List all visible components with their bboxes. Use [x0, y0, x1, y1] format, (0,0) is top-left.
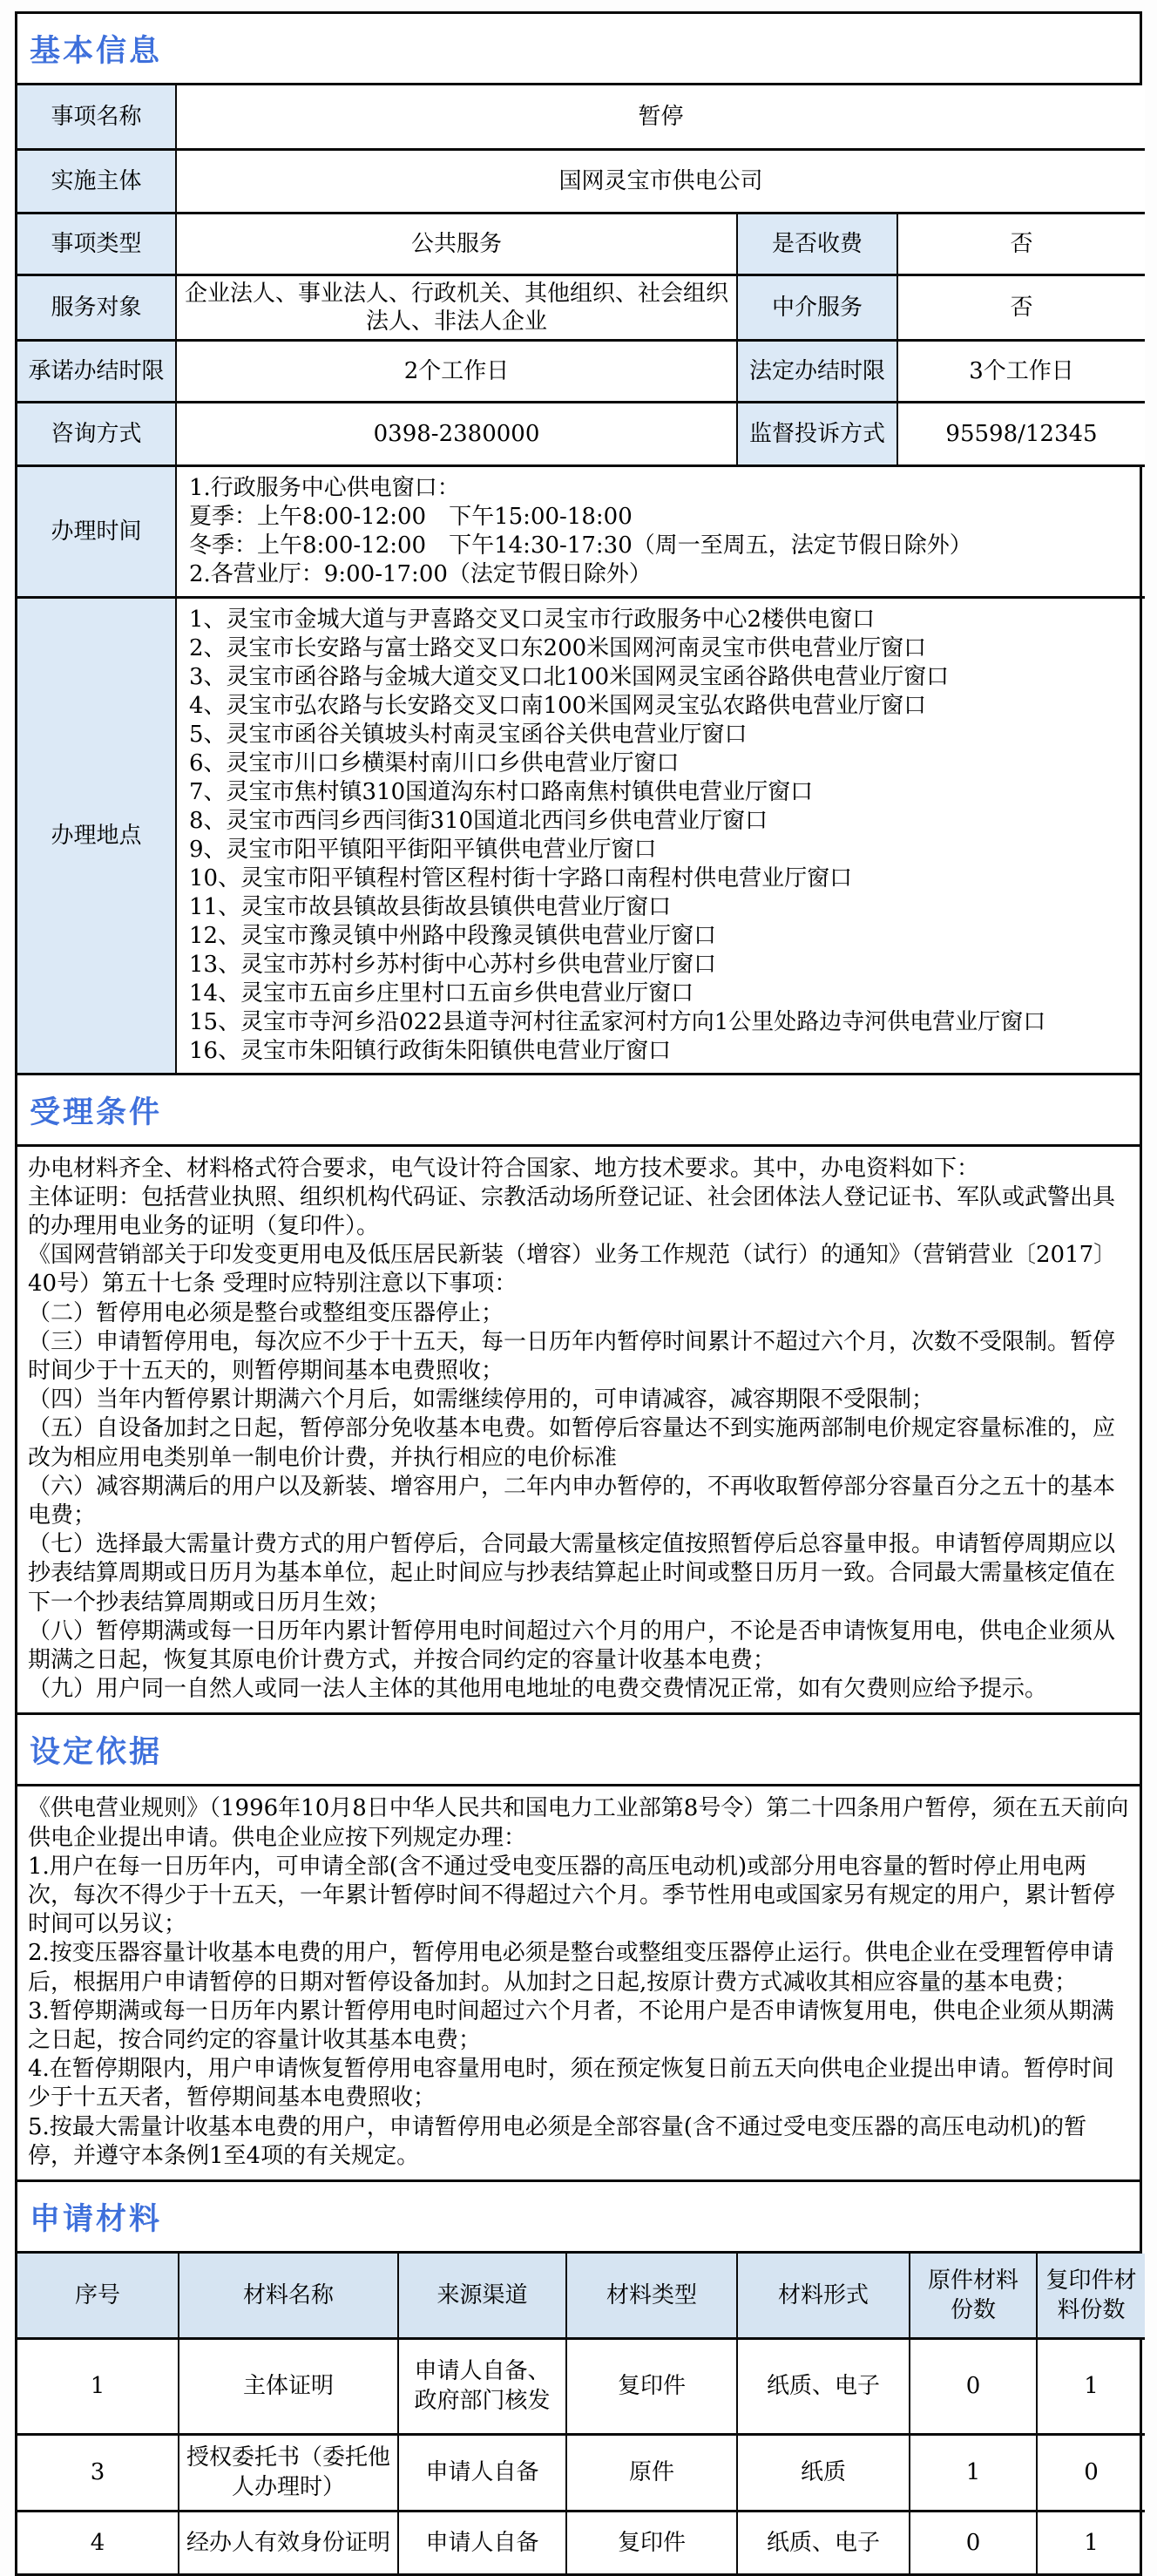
- field-label-item-type: 事项类型: [17, 213, 176, 275]
- text-line: 12、灵宝市豫灵镇中州路中段豫灵镇供电营业厅窗口: [189, 922, 1133, 951]
- text-line: （九）用户同一自然人或同一法人主体的其他用电地址的电费交费情况正常，如有欠费则应…: [28, 1675, 1129, 1704]
- text-line: （四）当年内暂停累计期满六个月后，如需继续停用的，可申请减容，减容期限不受限制；: [28, 1386, 1129, 1414]
- text-line: 3、灵宝市函谷路与金城大道交叉口北100米国网灵宝函谷路供电营业厅窗口: [189, 663, 1133, 692]
- column-header-material-name: 材料名称: [179, 2254, 398, 2338]
- table-row: 办理地点 1、灵宝市金城大道与尹喜路交叉口灵宝市行政服务中心2楼供电窗口2、灵宝…: [17, 597, 1145, 1073]
- table-row: 承诺办结时限 2个工作日 法定办结时限 3个工作日: [17, 340, 1145, 402]
- field-value-implementing-body: 国网灵宝市供电公司: [176, 149, 1145, 213]
- text-line: 16、灵宝市朱阳镇行政街朱阳镇供电营业厅窗口: [189, 1037, 1133, 1066]
- text-line: 6、灵宝市川口乡横渠村南川口乡供电营业厅窗口: [189, 749, 1133, 778]
- cell-material-form: 纸质、电子: [737, 2338, 910, 2434]
- field-label-consultation-phone: 咨询方式: [17, 402, 176, 465]
- text-line: 7、灵宝市焦村镇310国道沟东村口路南焦村镇供电营业厅窗口: [189, 778, 1133, 807]
- text-line: 《国网营销部关于印发变更用电及低压居民新装（增容）业务工作规范（试行）的通知》（…: [28, 1241, 1129, 1298]
- text-line: 4.在暂停期限内，用户申请恢复暂停用电容量用电时，须在预定恢复日前五天向供电企业…: [28, 2055, 1129, 2112]
- service-item-document: 基本信息 事项名称 暂停 实施主体 国网灵宝市供电公司 事项类型 公共服务 是否…: [15, 11, 1142, 2498]
- text-line: 2、灵宝市长安路与富士路交叉口东200米国网河南灵宝市供电营业厅窗口: [189, 634, 1133, 663]
- section-title-basic-info: 基本信息: [17, 14, 1140, 85]
- text-line: 14、灵宝市五亩乡庄里村口五亩乡供电营业厅窗口: [189, 980, 1133, 1008]
- cell-original-copies: 0: [910, 2338, 1037, 2434]
- field-value-intermediary-service: 否: [897, 275, 1145, 340]
- cell-seq: 1: [17, 2338, 179, 2434]
- field-label-is-charged: 是否收费: [737, 213, 897, 275]
- cell-material-form: 纸质: [737, 2434, 910, 2498]
- text-line: （五）自设备加封之日起，暂停部分免收基本电费。如暂停后容量达不到实施两部制电价规…: [28, 1414, 1129, 1472]
- basic-info-table: 事项名称 暂停 实施主体 国网灵宝市供电公司 事项类型 公共服务 是否收费 否 …: [17, 85, 1145, 1073]
- text-line: （二）暂停用电必须是整台或整组变压器停止；: [28, 1299, 1129, 1328]
- field-value-consultation-phone: 0398-2380000: [176, 402, 737, 465]
- table-row: 咨询方式 0398-2380000 监督投诉方式 95598/12345: [17, 402, 1145, 465]
- text-line: 夏季：上午8:00-12:00 下午15:00-18:00: [189, 503, 1133, 532]
- text-line: （八）暂停期满或每一日历年内累计暂停用电时间超过六个月的用户，不论是否申请恢复用…: [28, 1617, 1129, 1675]
- section-title-application-materials: 申请材料: [17, 2179, 1140, 2254]
- cell-material-name: 主体证明: [179, 2338, 398, 2434]
- field-value-promised-deadline: 2个工作日: [176, 340, 737, 402]
- field-label-implementing-body: 实施主体: [17, 149, 176, 213]
- application-materials-table: 序号 材料名称 来源渠道 材料类型 材料形式 原件材料份数 复印件材料份数 1 …: [17, 2254, 1145, 2498]
- cell-material-name: 授权委托书（委托他人办理时）: [179, 2434, 398, 2498]
- text-line: 2.各营业厅：9:00-17:00（法定节假日除外）: [189, 560, 1133, 589]
- text-line: 10、灵宝市阳平镇程村管区程村街十字路口南程村供电营业厅窗口: [189, 864, 1133, 893]
- section-title-acceptance-conditions: 受理条件: [17, 1073, 1140, 1147]
- table-row: 事项名称 暂停: [17, 85, 1145, 149]
- setting-basis-text: 《供电营业规则》（1996年10月8日中华人民共和国电力工业部第8号令）第二十四…: [17, 1786, 1140, 2179]
- table-header-row: 序号 材料名称 来源渠道 材料类型 材料形式 原件材料份数 复印件材料份数: [17, 2254, 1145, 2338]
- field-label-item-name: 事项名称: [17, 85, 176, 149]
- column-header-original-copies: 原件材料份数: [910, 2254, 1037, 2338]
- cell-photocopy-copies: 0: [1037, 2434, 1145, 2498]
- cell-source-channel: 申请人自备: [398, 2434, 566, 2498]
- text-line: 冬季：上午8:00-12:00 下午14:30-17:30（周一至周五，法定节假…: [189, 532, 1133, 560]
- text-line: 15、灵宝市寺河乡沿022县道寺河村往孟家河村方向1公里处路边寺河供电营业厅窗口: [189, 1008, 1133, 1037]
- cell-material-type: 原件: [566, 2434, 737, 2498]
- field-value-item-type: 公共服务: [176, 213, 737, 275]
- field-label-service-hours: 办理时间: [17, 465, 176, 597]
- field-value-item-name: 暂停: [176, 85, 1145, 149]
- text-line: 主体证明：包括营业执照、组织机构代码证、宗教活动场所登记证、社会团体法人登记证书…: [28, 1183, 1129, 1241]
- field-value-service-hours: 1.行政服务中心供电窗口：夏季：上午8:00-12:00 下午15:00-18:…: [176, 465, 1145, 597]
- field-label-service-target: 服务对象: [17, 275, 176, 340]
- text-line: 1.行政服务中心供电窗口：: [189, 474, 1133, 503]
- text-line: 1.用户在每一日历年内，可申请全部(含不通过受电变压器的高压电动机)或部分用电容…: [28, 1853, 1129, 1940]
- section-title-setting-basis: 设定依据: [17, 1712, 1140, 1786]
- field-label-statutory-deadline: 法定办结时限: [737, 340, 897, 402]
- text-line: 4、灵宝市弘农路与长安路交叉口南100米国网灵宝弘农路供电营业厅窗口: [189, 692, 1133, 721]
- text-line: 3.暂停期满或每一日历年内累计暂停用电时间超过六个月者，不论用户是否申请恢复用电…: [28, 1997, 1129, 2055]
- field-label-service-locations: 办理地点: [17, 597, 176, 1073]
- table-row: 1 主体证明 申请人自备、政府部门核发 复印件 纸质、电子 0 1: [17, 2338, 1145, 2434]
- field-value-service-locations: 1、灵宝市金城大道与尹喜路交叉口灵宝市行政服务中心2楼供电窗口2、灵宝市长安路与…: [176, 597, 1145, 1073]
- column-header-material-form: 材料形式: [737, 2254, 910, 2338]
- text-line: 11、灵宝市故县镇故县街故县镇供电营业厅窗口: [189, 893, 1133, 922]
- table-row: 实施主体 国网灵宝市供电公司: [17, 149, 1145, 213]
- cell-seq: 3: [17, 2434, 179, 2498]
- text-line: 13、灵宝市苏村乡苏村街中心苏村乡供电营业厅窗口: [189, 951, 1133, 980]
- text-line: （七）选择最大需量计费方式的用户暂停后，合同最大需量核定值按照暂停后总容量申报。…: [28, 1530, 1129, 1617]
- field-label-complaint-phone: 监督投诉方式: [737, 402, 897, 465]
- table-row: 办理时间 1.行政服务中心供电窗口：夏季：上午8:00-12:00 下午15:0…: [17, 465, 1145, 597]
- column-header-photocopy-copies: 复印件材料份数: [1037, 2254, 1145, 2338]
- cell-material-type: 复印件: [566, 2338, 737, 2434]
- table-row: 服务对象 企业法人、事业法人、行政机关、其他组织、社会组织法人、非法人企业 中介…: [17, 275, 1145, 340]
- column-header-source-channel: 来源渠道: [398, 2254, 566, 2338]
- text-line: 5.按最大需量计收基本电费的用户，申请暂停用电必须是全部容量(含不通过受电变压器…: [28, 2113, 1129, 2171]
- text-line: 5、灵宝市函谷关镇坡头村南灵宝函谷关供电营业厅窗口: [189, 721, 1133, 749]
- column-header-material-type: 材料类型: [566, 2254, 737, 2338]
- text-line: 9、灵宝市阳平镇阳平街阳平镇供电营业厅窗口: [189, 836, 1133, 864]
- acceptance-conditions-text: 办电材料齐全、材料格式符合要求，电气设计符合国家、地方技术要求。其中，办电资料如…: [17, 1147, 1140, 1713]
- field-value-service-target: 企业法人、事业法人、行政机关、其他组织、社会组织法人、非法人企业: [176, 275, 737, 340]
- cell-source-channel: 申请人自备、政府部门核发: [398, 2338, 566, 2434]
- field-label-promised-deadline: 承诺办结时限: [17, 340, 176, 402]
- field-value-is-charged: 否: [897, 213, 1145, 275]
- text-line: （六）减容期满后的用户以及新装、增容用户，二年内申办暂停的，不再收取暂停部分容量…: [28, 1473, 1129, 1530]
- field-label-intermediary-service: 中介服务: [737, 275, 897, 340]
- text-line: 《供电营业规则》（1996年10月8日中华人民共和国电力工业部第8号令）第二十四…: [28, 1794, 1129, 1852]
- cell-photocopy-copies: 1: [1037, 2338, 1145, 2434]
- text-line: 2.按变压器容量计收基本电费的用户，暂停用电必须是整台或整组变压器停止运行。供电…: [28, 1939, 1129, 1996]
- text-line: 办电材料齐全、材料格式符合要求，电气设计符合国家、地方技术要求。其中，办电资料如…: [28, 1155, 1129, 1183]
- text-line: （三）申请暂停用电，每次应不少于十五天，每一日历年内暂停时间累计不超过六个月，次…: [28, 1328, 1129, 1386]
- table-row: 事项类型 公共服务 是否收费 否: [17, 213, 1145, 275]
- text-line: 8、灵宝市西闫乡西闫街310国道北西闫乡供电营业厅窗口: [189, 807, 1133, 836]
- cell-original-copies: 1: [910, 2434, 1037, 2498]
- column-header-seq: 序号: [17, 2254, 179, 2338]
- field-value-complaint-phone: 95598/12345: [897, 402, 1145, 465]
- field-value-statutory-deadline: 3个工作日: [897, 340, 1145, 402]
- table-row: 3 授权委托书（委托他人办理时） 申请人自备 原件 纸质 1 0: [17, 2434, 1145, 2498]
- text-line: 1、灵宝市金城大道与尹喜路交叉口灵宝市行政服务中心2楼供电窗口: [189, 606, 1133, 634]
